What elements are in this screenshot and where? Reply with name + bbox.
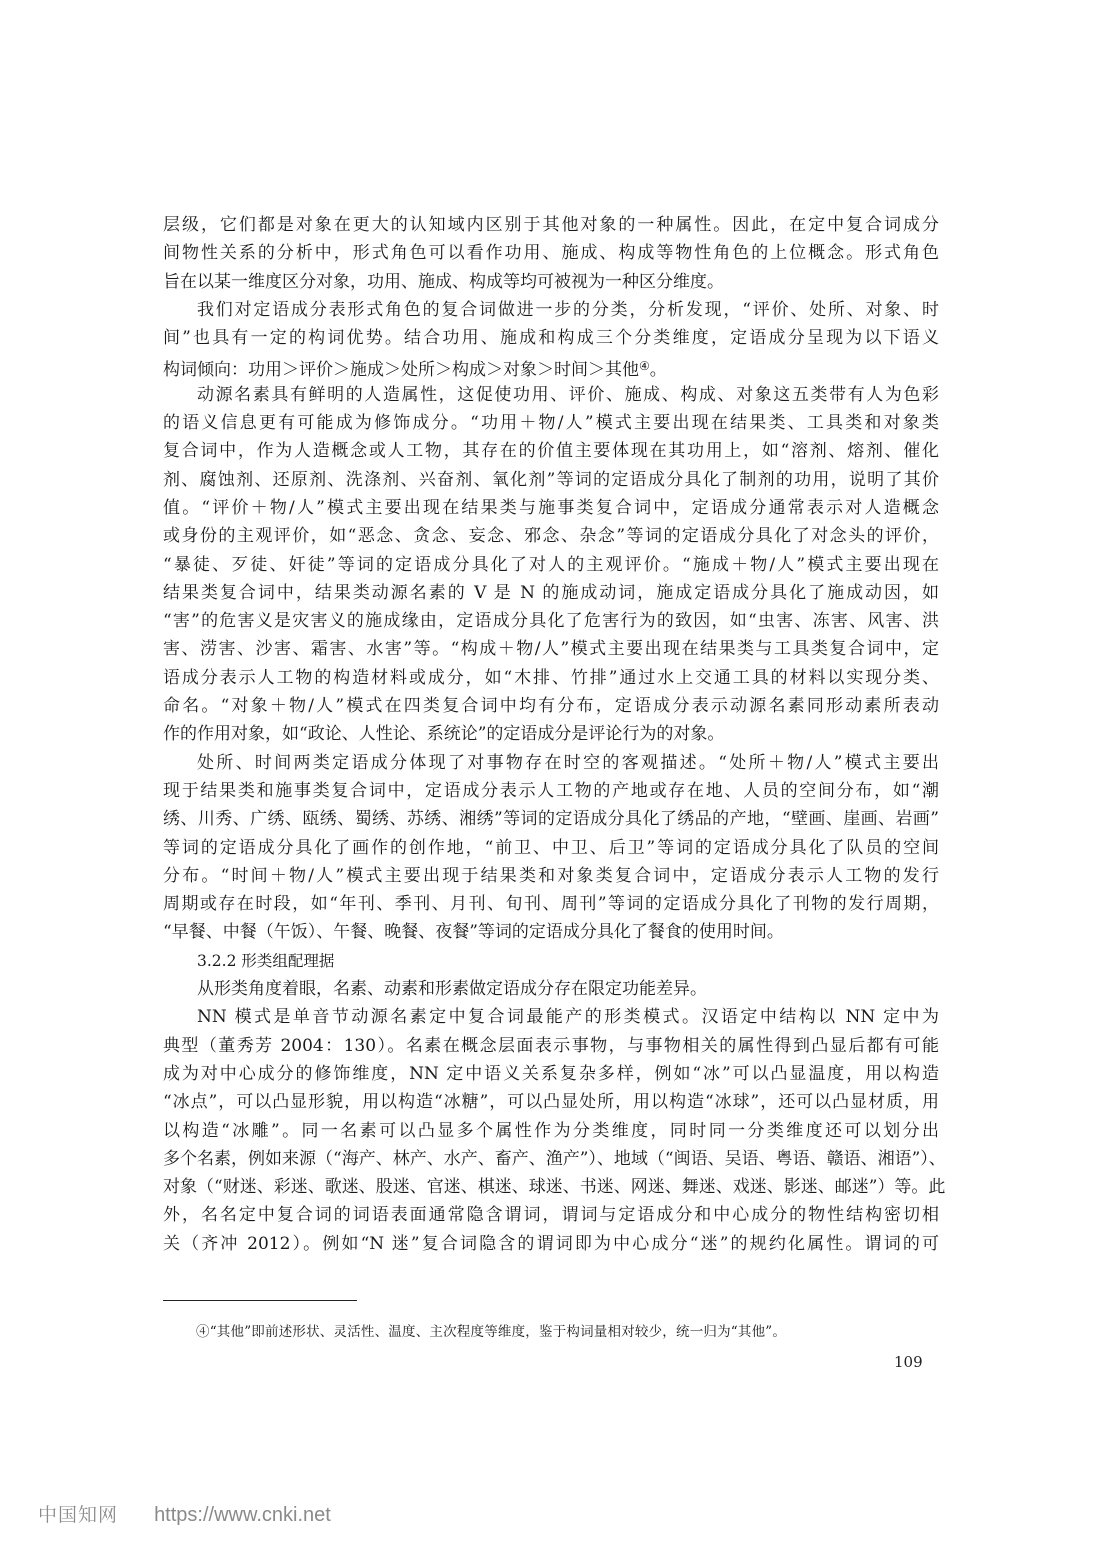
text-line: 作的作用对象，如“政论、人性论、系统论”的定语成分是评论行为的对象。 (163, 720, 939, 748)
text-line: 旨在以某一维度区分对象，功用、施成、构成等均可被视为一种区分维度。 (163, 268, 939, 296)
text-line: 分布。“时间＋物/人”模式主要出现于结果类和对象类复合词中，定语成分表示人工物的… (163, 862, 939, 890)
paragraph: 从形类角度着眼，名素、动素和形素做定语成分存在限定功能差异。 (163, 975, 939, 1003)
text-line: 典型（董秀芳 2004：130）。名素在概念层面表示事物，与事物相关的属性得到凸… (163, 1032, 939, 1060)
text-line: 层级，它们都是对象在更大的认知域内区别于其他对象的一种属性。因此，在定中复合词成… (163, 211, 939, 239)
text-line: 间”也具有一定的构词优势。结合功用、施成和构成三个分类维度，定语成分呈现为以下语… (163, 324, 939, 352)
paragraph: 我们对定语成分表形式角色的复合词做进一步的分类，分析发现，“评价、处所、对象、时… (163, 296, 939, 381)
text-line: 现于结果类和施事类复合词中，定语成分表示人工物的产地或存在地、人员的空间分布，如… (163, 777, 939, 805)
text-line: 语成分表示人工物的构造材料或成分，如“木排、竹排”通过水上交通工具的材料以实现分… (163, 664, 939, 692)
text-line: “早餐、中餐（午饭）、午餐、晚餐、夜餐”等词的定语成分具化了餐食的使用时间。 (163, 918, 939, 946)
paragraph: 动源名素具有鲜明的人造属性，这促使功用、评价、施成、构成、对象这五类带有人为色彩… (163, 381, 939, 749)
text-line: 处所、时间两类定语成分体现了对事物存在时空的客观描述。“处所＋物/人”模式主要出 (163, 749, 939, 777)
section-heading: 3.2.2 形类组配理据 (163, 947, 939, 975)
text-span: 。 (650, 360, 667, 380)
text-line: 对象（“财迷、彩迷、歌迷、股迷、官迷、棋迷、球迷、书迷、网迷、舞迷、戏迷、影迷、… (163, 1173, 939, 1201)
paragraph: 处所、时间两类定语成分体现了对事物存在时空的客观描述。“处所＋物/人”模式主要出… (163, 749, 939, 947)
text-line: 外，名名定中复合词的词语表面通常隐含谓词，谓词与定语成分和中心成分的物性结构密切… (163, 1201, 939, 1229)
text-line: “冰点”，可以凸显形貌，用以构造“冰糖”，可以凸显处所，用以构造“冰球”，还可以… (163, 1088, 939, 1116)
text-line: NN 模式是单音节动源名素定中复合词最能产的形类模式。汉语定中结构以 NN 定中… (163, 1003, 939, 1031)
text-line: 关（齐冲 2012）。例如“N 迷”复合词隐含的谓词即为中心成分“迷”的规约化属… (163, 1230, 939, 1258)
text-line: 剂、腐蚀剂、还原剂、洗涤剂、兴奋剂、氧化剂”等词的定语成分具化了制剂的功用，说明… (163, 466, 939, 494)
text-line: 周期或存在时段，如“年刊、季刊、月刊、旬刊、周刊”等词的定语成分具化了刊物的发行… (163, 890, 939, 918)
text-line: “暴徒、歹徒、奸徒”等词的定语成分具化了对人的主观评价。“施成＋物/人”模式主要… (163, 551, 939, 579)
article-body: 层级，它们都是对象在更大的认知域内区别于其他对象的一种属性。因此，在定中复合词成… (163, 211, 939, 1258)
cnki-logo-text: 中国知网 (38, 1504, 118, 1526)
text-line: “害”的危害义是灾害义的施成缘由，定语成分具化了危害行为的致因，如“虫害、冻害、… (163, 607, 939, 635)
text-line: 命名。“对象＋物/人”模式在四类复合词中均有分布，定语成分表示动源名素同形动素所… (163, 692, 939, 720)
footnote: ④“其他”即前述形状、灵活性、温度、主次程度等维度，鉴于构词量相对较少，统一归为… (196, 1321, 786, 1343)
paragraph: 层级，它们都是对象在更大的认知域内区别于其他对象的一种属性。因此，在定中复合词成… (163, 211, 939, 296)
text-line: 结果类复合词中，结果类动源名素的 V 是 N 的施成动词，施成定语成分具化了施成… (163, 579, 939, 607)
footnote-separator (163, 1300, 357, 1301)
text-line: 动源名素具有鲜明的人造属性，这促使功用、评价、施成、构成、对象这五类带有人为色彩 (163, 381, 939, 409)
text-line: 绣、川秀、广绣、瓯绣、蜀绣、苏绣、湘绣”等词的定语成分具化了绣品的产地，“壁画、… (163, 805, 939, 833)
footnote-reference[interactable]: ④ (639, 359, 650, 373)
text-line: 以构造“冰雕”。同一名素可以凸显多个属性作为分类维度，同时同一分类维度还可以划分… (163, 1117, 939, 1145)
page-number: 109 (894, 1351, 923, 1373)
text-line: 构词倾向：功用＞评价＞施成＞处所＞构成＞对象＞时间＞其他④。 (163, 352, 939, 380)
text-line: 的语义信息更有可能成为修饰成分。“功用＋物/人”模式主要出现在结果类、工具类和对… (163, 409, 939, 437)
text-line: 从形类角度着眼，名素、动素和形素做定语成分存在限定功能差异。 (163, 975, 939, 1003)
cnki-url[interactable]: https://www.cnki.net (154, 1504, 331, 1526)
text-line: 我们对定语成分表形式角色的复合词做进一步的分类，分析发现，“评价、处所、对象、时 (163, 296, 939, 324)
paragraph: NN 模式是单音节动源名素定中复合词最能产的形类模式。汉语定中结构以 NN 定中… (163, 1003, 939, 1258)
text-line: 成为对中心成分的修饰维度，NN 定中语义关系复杂多样，例如“冰”可以凸显温度，用… (163, 1060, 939, 1088)
watermark: 中国知网 https://www.cnki.net (38, 1500, 331, 1530)
text-line: 多个名素，例如来源（“海产、林产、水产、畜产、渔产”）、地域（“闽语、吴语、粤语… (163, 1145, 939, 1173)
text-line: 害、涝害、沙害、霜害、水害”等。“构成＋物/人”模式主要出现在结果类与工具类复合… (163, 635, 939, 663)
text-span: 构词倾向：功用＞评价＞施成＞处所＞构成＞对象＞时间＞其他 (163, 360, 639, 380)
text-line: 复合词中，作为人造概念或人工物，其存在的价值主要体现在其功用上，如“溶剂、熔剂、… (163, 437, 939, 465)
text-line: 值。“评价＋物/人”模式主要出现在结果类与施事类复合词中，定语成分通常表示对人造… (163, 494, 939, 522)
text-line: 等词的定语成分具化了画作的创作地，“前卫、中卫、后卫”等词的定语成分具化了队员的… (163, 834, 939, 862)
text-line: 或身份的主观评价，如“恶念、贪念、妄念、邪念、杂念”等词的定语成分具化了对念头的… (163, 522, 939, 550)
text-line: 间物性关系的分析中，形式角色可以看作功用、施成、构成等物性角色的上位概念。形式角… (163, 239, 939, 267)
